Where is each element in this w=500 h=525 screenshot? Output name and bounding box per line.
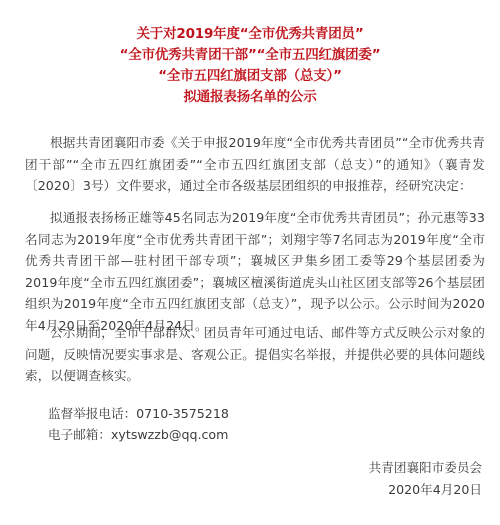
report-phone: 监督举报电话：0710-3575218 [48,403,229,424]
report-email[interactable]: 电子邮箱：xytswzzb@qq.com [48,424,228,445]
title-line-4: 拟通报表扬名单的公示 [0,87,500,108]
paragraph-feedback: 公示期间，全市干部群众、团员青年可通过电话、邮件等方式反映公示对象的问题，反映情… [25,322,485,387]
paragraph-text: 根据共青团襄阳市委《关于申报2019年度“全市优秀共青团员”“全市优秀共青团干部… [25,132,485,197]
notice-title: 关于对2019年度“全市优秀共青团员” “全市优秀共青团干部”“全市五四红旗团委… [0,24,500,108]
paragraph-basis: 根据共青团襄阳市委《关于申报2019年度“全市优秀共青团员”“全市优秀共青团干部… [25,132,485,197]
paragraph-text: 拟通报表扬杨正雄等45名同志为2019年度“全市优秀共青团员”；孙元惠等33名同… [25,207,485,336]
signature-date: 2020年4月20日 [388,479,482,500]
title-line-1: 关于对2019年度“全市优秀共青团员” [0,24,500,45]
title-line-2: “全市优秀共青团干部”“全市五四红旗团委” [0,45,500,66]
signature-organization: 共青团襄阳市委员会 [369,457,482,478]
title-line-3: “全市五四红旗团支部（总支）” [0,66,500,87]
paragraph-decision: 拟通报表扬杨正雄等45名同志为2019年度“全市优秀共青团员”；孙元惠等33名同… [25,207,485,336]
paragraph-text: 公示期间，全市干部群众、团员青年可通过电话、邮件等方式反映公示对象的问题，反映情… [25,322,485,387]
